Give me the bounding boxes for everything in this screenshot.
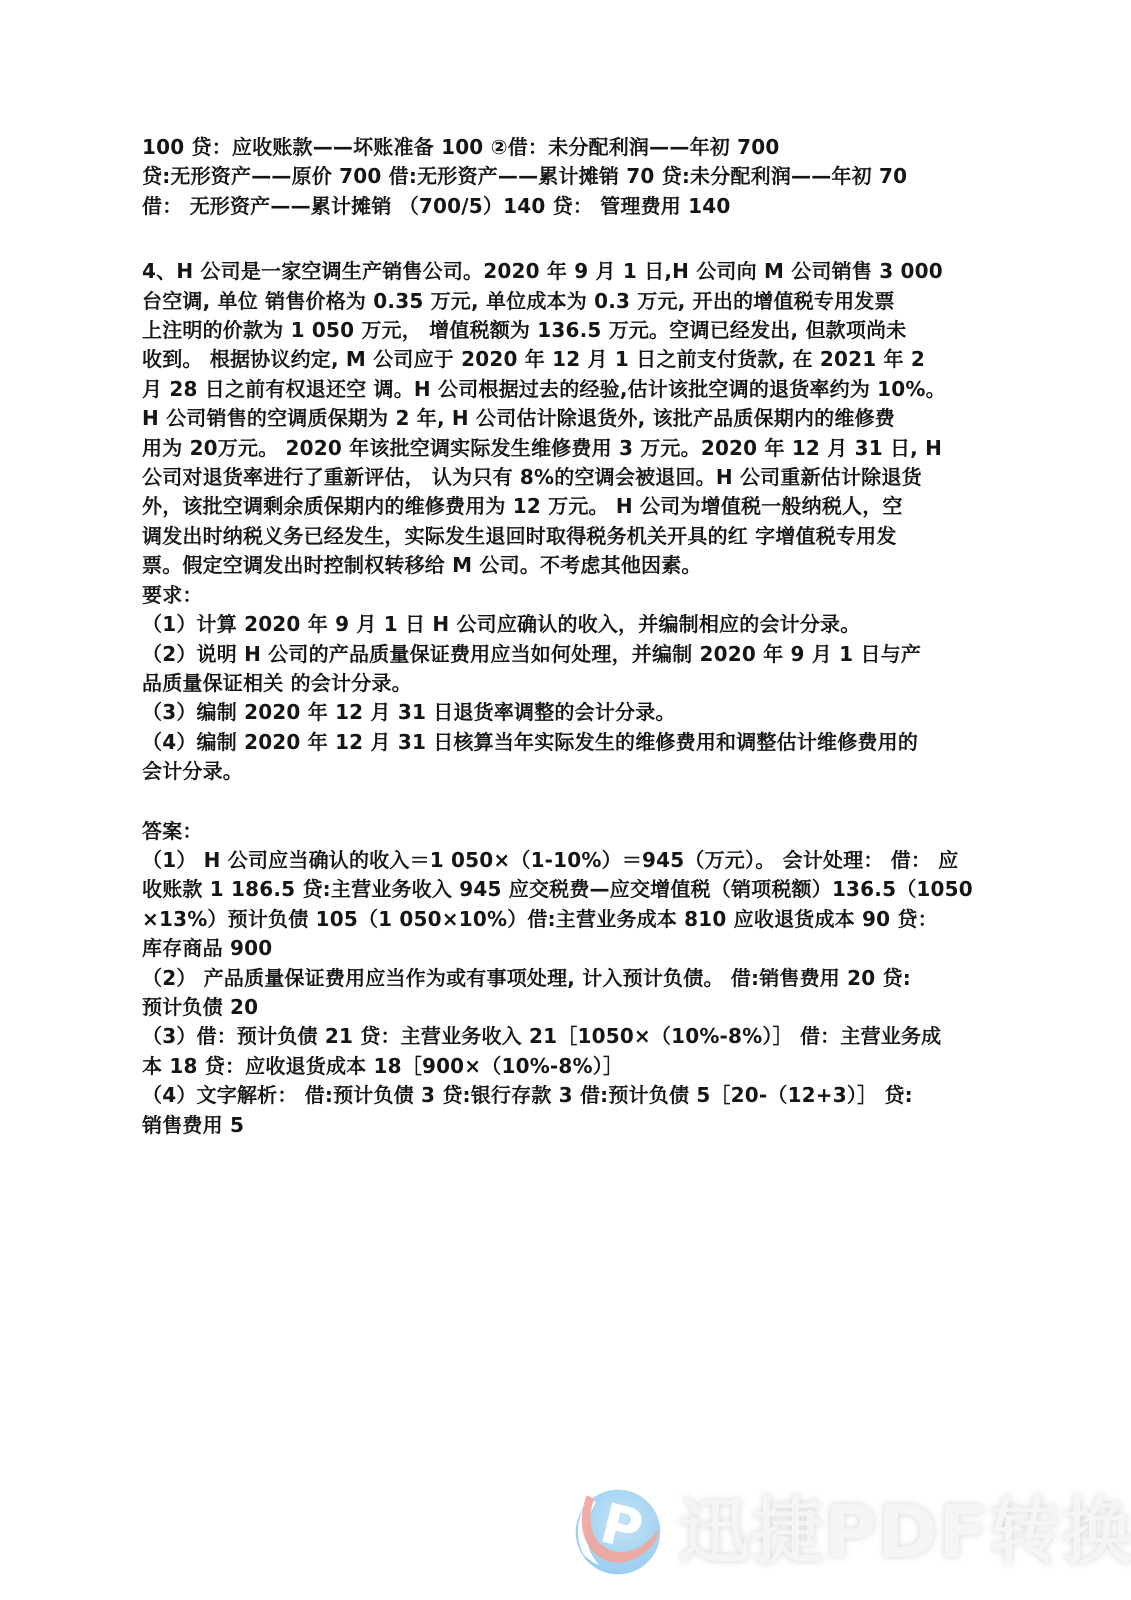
text-line: 100 贷：应收账款——坏账准备 100 ②借：未分配利润——年初 700	[142, 133, 998, 162]
document-page: 100 贷：应收账款——坏账准备 100 ②借：未分配利润——年初 700 贷:…	[0, 0, 1131, 1600]
answer-heading: 答案：	[142, 817, 998, 846]
text-line: 品质量保证相关 的会计分录。	[142, 669, 998, 698]
journal-entries-block: 100 贷：应收账款——坏账准备 100 ②借：未分配利润——年初 700 贷:…	[142, 133, 998, 221]
text-line: （4）编制 2020 年 12 月 31 日核算当年实际发生的维修费用和调整估计…	[142, 728, 998, 757]
text-line: （2） 产品质量保证费用应当作为或有事项处理, 计入预计负债。 借:销售费用 2…	[142, 964, 998, 993]
text-line: （2）说明 H 公司的产品质量保证费用应当如何处理，并编制 2020 年 9 月…	[142, 640, 998, 669]
watermark: P 迅捷PDF转换器	[572, 1486, 1131, 1578]
text-line: 收账款 1 186.5 贷:主营业务收入 945 应交税费—应交增值税（销项税额…	[142, 875, 998, 904]
document-content: 100 贷：应收账款——坏账准备 100 ②借：未分配利润——年初 700 贷:…	[142, 133, 998, 1140]
pdf-converter-logo-icon: P	[572, 1486, 664, 1578]
text-line: 收到。 根据协议约定, M 公司应于 2020 年 12 月 1 日之前支付货款…	[142, 345, 998, 374]
text-line: 4、H 公司是一家空调生产销售公司。2020 年 9 月 1 日,H 公司向 M…	[142, 257, 998, 286]
text-line: 预计负债 20	[142, 993, 998, 1022]
text-line: 用为 20万元。 2020 年该批空调实际发生维修费用 3 万元。2020 年 …	[142, 434, 998, 463]
text-line: 借： 无形资产——累计摊销 （700/5）140 贷： 管理费用 140	[142, 192, 998, 221]
text-line: 销售费用 5	[142, 1111, 998, 1140]
text-line: （1） H 公司应当确认的收入＝1 050×（1-10%）＝945（万元）。 会…	[142, 846, 998, 875]
text-line: H 公司销售的空调质保期为 2 年, H 公司估计除退货外, 该批产品质保期内的…	[142, 404, 998, 433]
text-line: （1）计算 2020 年 9 月 1 日 H 公司应确认的收入，并编制相应的会计…	[142, 610, 998, 639]
text-line: 本 18 贷：应收退货成本 18［900×（10%-8%）］	[142, 1052, 998, 1081]
text-line: 台空调, 单位 销售价格为 0.35 万元, 单位成本为 0.3 万元, 开出的…	[142, 287, 998, 316]
text-line: 公司对退货率进行了重新评估， 认为只有 8%的空调会被退回。H 公司重新估计除退…	[142, 463, 998, 492]
text-line: （4）文字解析： 借:预计负债 3 贷:银行存款 3 借:预计负债 5［20-（…	[142, 1081, 998, 1110]
requirements-list: 要求： （1）计算 2020 年 9 月 1 日 H 公司应确认的收入，并编制相…	[142, 581, 998, 787]
text-line: 调发出时纳税义务已经发生，实际发生退回时取得税务机关开具的红 字增值税专用发	[142, 522, 998, 551]
text-line: （3）借：预计负债 21 贷：主营业务收入 21［1050×（10%-8%）］ …	[142, 1022, 998, 1051]
text-line: （3）编制 2020 年 12 月 31 日退货率调整的会计分录。	[142, 698, 998, 727]
text-line: 库存商品 900	[142, 934, 998, 963]
question-paragraph: 4、H 公司是一家空调生产销售公司。2020 年 9 月 1 日,H 公司向 M…	[142, 257, 998, 580]
text-line: 会计分录。	[142, 757, 998, 786]
text-line: 上注明的价款为 1 050 万元， 增值税额为 136.5 万元。空调已经发出,…	[142, 316, 998, 345]
text-line: ×13%）预计负债 105（1 050×10%）借:主营业务成本 810 应收退…	[142, 905, 998, 934]
requirements-heading: 要求：	[142, 581, 998, 610]
answer-section: 答案： （1） H 公司应当确认的收入＝1 050×（1-10%）＝945（万元…	[142, 817, 998, 1140]
text-line: 外，该批空调剩余质保期内的维修费用为 12 万元。 H 公司为增值税一般纳税人，…	[142, 492, 998, 521]
watermark-text: 迅捷PDF转换器	[678, 1486, 1131, 1578]
text-line: 月 28 日之前有权退还空 调。H 公司根据过去的经验,估计该批空调的退货率约为…	[142, 375, 998, 404]
text-line: 贷:无形资产——原价 700 借:无形资产——累计摊销 70 贷:未分配利润——…	[142, 162, 998, 191]
text-line: 票。假定空调发出时控制权转移给 M 公司。不考虑其他因素。	[142, 551, 998, 580]
